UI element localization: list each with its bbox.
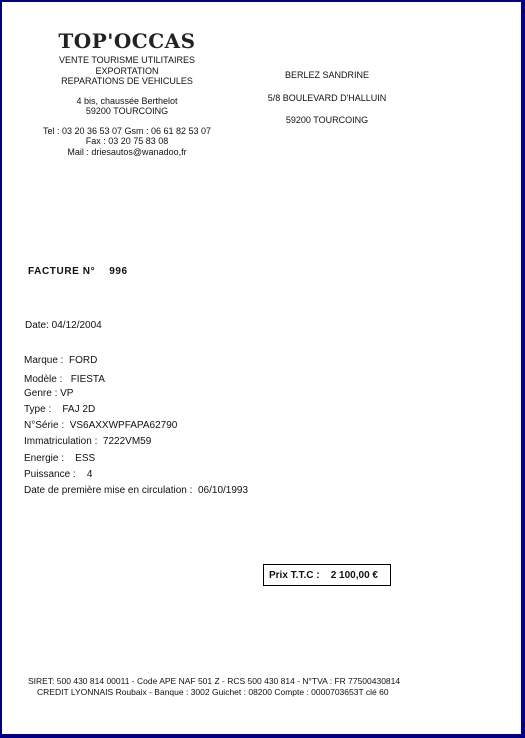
company-address-line2: 59200 TOURCOING <box>22 106 232 117</box>
vehicle-field-serie: N°Série : VS6AXXWPFAPA62790 <box>24 420 177 431</box>
vehicle-field-puissance: Puissance : 4 <box>24 469 92 480</box>
vehicle-field-modele: Modèle : FIESTA <box>24 374 105 385</box>
field-label: Genre : <box>24 388 57 399</box>
company-activity: EXPORTATION <box>22 66 232 77</box>
company-activity: REPARATIONS DE VEHICULES <box>22 76 232 87</box>
vehicle-field-genre: Genre : VP <box>24 388 73 399</box>
footer-bank: CREDIT LYONNAIS Roubaix - Banque : 3002 … <box>2 687 521 698</box>
vehicle-field-marque: Marque : FORD <box>24 355 97 366</box>
field-value: FORD <box>69 355 97 366</box>
field-value: ESS <box>75 453 95 464</box>
field-label: Puissance : <box>24 469 76 480</box>
vehicle-field-immatriculation: Immatriculation : 7222VM59 <box>24 436 151 447</box>
client-address-block: BERLEZ SANDRINE 5/8 BOULEVARD D'HALLUIN … <box>242 70 412 138</box>
field-value: FIESTA <box>71 374 105 385</box>
client-address: 5/8 BOULEVARD D'HALLUIN <box>242 93 412 116</box>
field-value: 06/10/1993 <box>198 485 248 496</box>
price-label: Prix T.T.C : <box>269 570 320 581</box>
field-label: N°Série : <box>24 420 64 431</box>
company-phone: Tel : 03 20 36 53 07 Gsm : 06 61 82 53 0… <box>22 126 232 137</box>
legal-footer: SIRET: 500 430 814 00011 - Code APE NAF … <box>2 676 521 697</box>
company-fax: Fax : 03 20 75 83 08 <box>22 136 232 147</box>
field-value: 7222VM59 <box>103 436 151 447</box>
field-value: VS6AXXWPFAPA62790 <box>70 420 178 431</box>
invoice-number: 996 <box>109 266 128 277</box>
field-label: Modèle : <box>24 374 62 385</box>
vehicle-field-type: Type : FAJ 2D <box>24 404 95 415</box>
field-value: FAJ 2D <box>62 404 95 415</box>
invoice-page: TOP'OCCAS VENTE TOURISME UTILITAIRES EXP… <box>2 2 521 734</box>
company-activity: VENTE TOURISME UTILITAIRES <box>22 55 232 66</box>
invoice-date: Date: 04/12/2004 <box>25 320 102 331</box>
company-name: TOP'OCCAS <box>22 29 232 53</box>
footer-siret: SIRET: 500 430 814 00011 - Code APE NAF … <box>2 676 521 687</box>
invoice-label: FACTURE N° <box>28 266 95 277</box>
client-city: 59200 TOURCOING <box>242 115 412 138</box>
vehicle-field-energie: Energie : ESS <box>24 453 95 464</box>
client-name: BERLEZ SANDRINE <box>242 70 412 93</box>
invoice-title: FACTURE N°996 <box>28 266 128 277</box>
price-value: 2 100,00 € <box>331 570 378 581</box>
field-label: Energie : <box>24 453 64 464</box>
field-label: Date de première mise en circulation : <box>24 485 192 496</box>
company-mail: Mail : driesautos@wanadoo,fr <box>22 147 232 158</box>
company-address-line1: 4 bis, chaussée Berthelot <box>22 96 232 107</box>
field-label: Immatriculation : <box>24 436 97 447</box>
field-value: VP <box>60 388 73 399</box>
vehicle-field-first-registration: Date de première mise en circulation : 0… <box>24 485 248 496</box>
field-label: Type : <box>24 404 51 415</box>
company-header: TOP'OCCAS VENTE TOURISME UTILITAIRES EXP… <box>22 29 232 157</box>
field-value: 4 <box>87 469 93 480</box>
field-label: Marque : <box>24 355 63 366</box>
price-box: Prix T.T.C : 2 100,00 € <box>263 564 391 586</box>
